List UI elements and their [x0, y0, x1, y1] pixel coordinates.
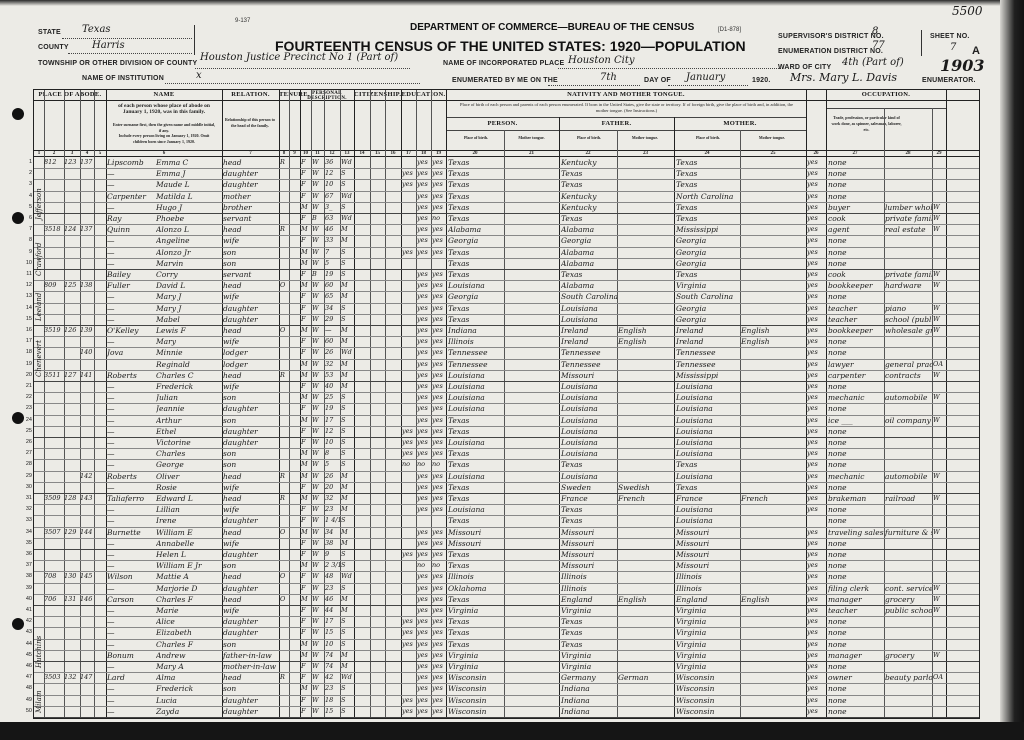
cell-given: Oliver [156, 471, 220, 482]
cell-birth: Oklahoma [448, 583, 504, 594]
cell-race: W [312, 381, 324, 392]
cell-age: 9 [325, 549, 340, 560]
cell-read: yes [417, 347, 431, 358]
cell-father-birth: Illinois [561, 571, 617, 582]
cell-father-birth: Louisiana [561, 381, 617, 392]
cell-father-birth: Kentucky [561, 157, 617, 168]
cell-sex: M [301, 224, 311, 235]
cell-given: Reginald [156, 359, 220, 370]
cell-age: — [325, 325, 340, 336]
cell-family: 147 [80, 672, 94, 683]
cell-relation: wife [223, 381, 278, 392]
street-name: Chenevert [35, 340, 43, 377]
stamp-number: 5500 [952, 4, 983, 18]
cell-birth: Texas [448, 594, 504, 605]
cell-birth: Texas [448, 616, 504, 627]
cell-father-birth: Kentucky [561, 202, 617, 213]
cell-race: W [312, 459, 324, 470]
cell-relation: son [223, 247, 278, 258]
cell-mother-birth: Louisiana [676, 403, 740, 414]
cell-mother-birth: France [676, 493, 740, 504]
cell-read: yes [417, 179, 431, 190]
cell-father-tongue: German [618, 672, 674, 683]
cell-school: yes [402, 627, 416, 638]
person-birth-head: Place of birth. [448, 135, 504, 141]
corner-number: 1903 [940, 56, 985, 75]
cell-read: yes [417, 616, 431, 627]
cell-surname: — [107, 415, 155, 426]
column-number: 27 [826, 151, 884, 156]
cell-relation: head [223, 471, 278, 482]
ward-label: WARD OF CITY [778, 64, 831, 71]
cell-race: W [312, 616, 324, 627]
cell-relation: mother [223, 191, 278, 202]
cell-relation: wife [223, 336, 278, 347]
cell-write: yes [432, 482, 446, 493]
cell-given: Rosie [156, 482, 220, 493]
cell-marital: M [341, 291, 354, 302]
cell-mother-birth: Texas [676, 202, 740, 213]
cell-given: Charles F [156, 639, 220, 650]
cell-trade: owner [828, 672, 884, 683]
cell-surname: Bonum [107, 650, 155, 661]
cell-given: Emma C [156, 157, 220, 168]
cell-read: yes [417, 661, 431, 672]
cell-given: Julian [156, 392, 220, 403]
line-number: 7 [22, 226, 32, 232]
cell-write: yes [432, 157, 446, 168]
line-number: 30 [22, 484, 32, 490]
cell-birth: Texas [448, 560, 504, 571]
cell-read: yes [417, 493, 431, 504]
cell-house: 809 [44, 280, 64, 291]
cell-relation: son [223, 415, 278, 426]
nativity-description: Place of birth of each person and parent… [454, 102, 799, 114]
street-name: Milam [35, 691, 43, 713]
cell-mother-birth: Georgia [676, 314, 740, 325]
cell-given: William E [156, 527, 220, 538]
cell-birth: Texas [448, 168, 504, 179]
cell-sex: F [301, 403, 311, 414]
cell-sex: M [301, 202, 311, 213]
cell-marital: S [341, 403, 354, 414]
cell-english: yes [807, 448, 826, 459]
cell-mother-birth: Virginia [676, 627, 740, 638]
cell-employer: W [933, 527, 946, 538]
cell-sex: M [301, 370, 311, 381]
cell-english: yes [807, 538, 826, 549]
sheet-label: SHEET No. [930, 33, 970, 40]
cell-trade: manager [828, 650, 884, 661]
institution-value: x [196, 70, 202, 81]
cell-surname: — [107, 235, 155, 246]
cell-race: W [312, 415, 324, 426]
column-number: 28 [884, 151, 932, 156]
line-number: 49 [22, 697, 32, 703]
column-number: 6 [106, 151, 222, 156]
cell-birth: Texas [448, 515, 504, 526]
line-number: 33 [22, 517, 32, 523]
cell-owned: O [280, 527, 289, 538]
street-name: Leeland [35, 293, 43, 321]
cell-father-birth: Texas [561, 515, 617, 526]
cell-race: W [312, 515, 324, 526]
cell-trade: none [828, 381, 884, 392]
cell-age: 23 [325, 583, 340, 594]
cell-birth: Texas [448, 213, 504, 224]
cell-house: 3518 [44, 224, 64, 235]
cell-birth: Texas [448, 549, 504, 560]
cell-relation: servant [223, 213, 278, 224]
cell-birth: Missouri [448, 538, 504, 549]
cell-trade: none [828, 683, 884, 694]
cell-trade: none [828, 247, 884, 258]
cell-read: yes [417, 605, 431, 616]
cell-relation: head [223, 280, 278, 291]
cell-english: yes [807, 426, 826, 437]
cell-write: yes [432, 661, 446, 672]
cell-trade: traveling salesman [828, 527, 884, 538]
cell-trade: none [828, 571, 884, 582]
cell-father-birth: Texas [561, 627, 617, 638]
cell-sex: F [301, 437, 311, 448]
cell-birth: Georgia [448, 291, 504, 302]
cell-mother-birth: Texas [676, 157, 740, 168]
cell-sex: F [301, 269, 311, 280]
cell-mother-birth: Texas [676, 168, 740, 179]
column-number: 25 [740, 151, 806, 156]
cell-industry: school (public) [885, 314, 932, 325]
line-number: 2 [22, 170, 32, 176]
cell-race: W [312, 504, 324, 515]
group-father: FATHER. [559, 120, 674, 127]
census-title: FOURTEENTH CENSUS OF THE UNITED STATES: … [275, 38, 746, 54]
cell-house: 3511 [44, 370, 64, 381]
month-line [668, 85, 748, 86]
cell-marital: S [341, 627, 354, 638]
cell-marital: S [341, 437, 354, 448]
cell-owned: R [280, 224, 289, 235]
cell-relation: son [223, 448, 278, 459]
cell-trade: none [828, 437, 884, 448]
cell-birth: Louisiana [448, 381, 504, 392]
cell-english: yes [807, 370, 826, 381]
cell-english: yes [807, 415, 826, 426]
cell-given: Marvin [156, 258, 220, 269]
cell-employer: OA [933, 359, 946, 370]
cell-father-birth: Indiana [561, 683, 617, 694]
cell-race: W [312, 224, 324, 235]
cell-relation: son [223, 258, 278, 269]
cell-english: yes [807, 381, 826, 392]
cell-age: 48 [325, 571, 340, 582]
cell-marital: M [341, 359, 354, 370]
cell-mother-birth: Wisconsin [676, 672, 740, 683]
cell-age: 46 [325, 224, 340, 235]
cell-write: yes [432, 672, 446, 683]
cell-sex: F [301, 179, 311, 190]
cell-relation: son [223, 560, 278, 571]
cell-write: yes [432, 695, 446, 706]
cell-write: yes [432, 392, 446, 403]
cell-given: Victorine [156, 437, 220, 448]
cell-surname: Roberts [107, 370, 155, 381]
cell-sex: F [301, 504, 311, 515]
cell-mother-birth: Missouri [676, 549, 740, 560]
line-number: 19 [22, 361, 32, 367]
cell-relation: head [223, 527, 278, 538]
state-line [62, 38, 192, 39]
cell-employer: W [933, 493, 946, 504]
cell-relation: wife [223, 235, 278, 246]
cell-mother-birth: Virginia [676, 280, 740, 291]
cell-marital: S [341, 202, 354, 213]
cell-race: W [312, 448, 324, 459]
cell-race: W [312, 583, 324, 594]
cell-father-birth: Alabama [561, 258, 617, 269]
cell-mother-birth: Georgia [676, 258, 740, 269]
column-number: 20 [446, 151, 504, 156]
column-number: 26 [806, 151, 826, 156]
line-number: 28 [22, 461, 32, 467]
cell-house: 3509 [44, 493, 64, 504]
cell-family: 141 [80, 370, 94, 381]
cell-mother-birth: Louisiana [676, 426, 740, 437]
cell-english: yes [807, 459, 826, 470]
cell-employer: W [933, 370, 946, 381]
cell-mother-birth: Georgia [676, 235, 740, 246]
cell-trade: none [828, 157, 884, 168]
group-education: EDUCATION. [401, 91, 446, 98]
group-occupation: OCCUPATION. [826, 91, 946, 98]
cell-write: yes [432, 683, 446, 694]
line-number: 48 [22, 685, 32, 691]
cell-race: W [312, 157, 324, 168]
cell-sex: M [301, 594, 311, 605]
cell-father-birth: England [561, 594, 617, 605]
cell-mother-tongue: English [741, 336, 805, 347]
cell-sex: F [301, 347, 311, 358]
cell-marital: S [341, 168, 354, 179]
cell-read: yes [417, 695, 431, 706]
cell-given: Annabelle [156, 538, 220, 549]
cell-english: yes [807, 403, 826, 414]
cell-write: yes [432, 403, 446, 414]
cell-given: Frederick [156, 381, 220, 392]
cell-write: yes [432, 538, 446, 549]
cell-english: yes [807, 258, 826, 269]
cell-owned: R [280, 672, 289, 683]
cell-read: yes [417, 549, 431, 560]
cell-given: Mattie A [156, 571, 220, 582]
line-number: 20 [22, 372, 32, 378]
cell-race: W [312, 336, 324, 347]
cell-write: yes [432, 706, 446, 717]
cell-age: 25 [325, 392, 340, 403]
cell-write: yes [432, 493, 446, 504]
cell-trade: none [828, 403, 884, 414]
cell-industry: hardware [885, 280, 932, 291]
cell-father-tongue: French [618, 493, 674, 504]
cell-house: 812 [44, 157, 64, 168]
cell-race: W [312, 370, 324, 381]
cell-relation: daughter [223, 549, 278, 560]
cell-relation: brother [223, 202, 278, 213]
bracket [920, 30, 922, 56]
cell-birth: Louisiana [448, 280, 504, 291]
cell-sex: F [301, 672, 311, 683]
cell-surname: — [107, 560, 155, 571]
form-number: 9-137 [235, 18, 250, 24]
cell-surname: — [107, 381, 155, 392]
cell-given: Charles C [156, 370, 220, 381]
cell-read: yes [417, 672, 431, 683]
cell-sex: F [301, 303, 311, 314]
cell-trade: none [828, 258, 884, 269]
cell-age: 74 [325, 661, 340, 672]
cell-birth: Indiana [448, 325, 504, 336]
cell-marital: Wd [341, 191, 354, 202]
cell-father-birth: Louisiana [561, 415, 617, 426]
cell-relation: wife [223, 605, 278, 616]
cell-race: W [312, 650, 324, 661]
column-number: 13 [340, 151, 354, 156]
enumerated-month: January [686, 72, 725, 83]
cell-given: Phoebe [156, 213, 220, 224]
cell-mother-birth: Texas [676, 269, 740, 280]
cell-trade: none [828, 706, 884, 717]
cell-relation: son [223, 683, 278, 694]
cell-mother-birth: Virginia [676, 661, 740, 672]
cell-birth: Texas [448, 269, 504, 280]
cell-race: W [312, 179, 324, 190]
cell-owned: O [280, 571, 289, 582]
cell-english: yes [807, 549, 826, 560]
cell-dwelling: 129 [64, 527, 80, 538]
cell-marital: S [341, 706, 354, 717]
cell-read: yes [417, 213, 431, 224]
cell-birth: Illinois [448, 336, 504, 347]
column-number: 29 [932, 151, 946, 156]
cell-mother-birth: Texas [676, 459, 740, 470]
cell-write: no [432, 459, 446, 470]
cell-school: yes [402, 706, 416, 717]
cell-sex: F [301, 616, 311, 627]
cell-relation: head [223, 571, 278, 582]
enumerated-label: ENUMERATED BY ME ON THE [452, 77, 558, 84]
cell-industry: automobile [885, 392, 932, 403]
cell-read: yes [417, 202, 431, 213]
cell-dwelling: 132 [64, 672, 80, 683]
cell-birth: Louisiana [448, 504, 504, 515]
cell-write: yes [432, 370, 446, 381]
cell-employer: W [933, 415, 946, 426]
cell-sex: M [301, 527, 311, 538]
scan-bottom-edge [0, 722, 1024, 740]
cell-industry: private family [885, 269, 932, 280]
cell-sex: F [301, 627, 311, 638]
cell-sex: F [301, 426, 311, 437]
cell-relation: daughter [223, 627, 278, 638]
cell-sex: F [301, 538, 311, 549]
cell-mother-birth: Texas [676, 213, 740, 224]
cell-father-birth: Texas [561, 168, 617, 179]
cell-race: W [312, 191, 324, 202]
state-label: STATE [38, 29, 61, 36]
cell-english: yes [807, 179, 826, 190]
cell-given: Hugo J [156, 202, 220, 213]
county-line [68, 53, 192, 54]
cell-mother-birth: Louisiana [676, 471, 740, 482]
cell-age: 26 [325, 347, 340, 358]
cell-marital: M [341, 325, 354, 336]
cell-birth: Georgia [448, 235, 504, 246]
trade-head: Trade, profession, or particular kind of… [829, 115, 904, 133]
line-number: 50 [22, 708, 32, 714]
cell-relation: wife [223, 538, 278, 549]
cell-marital: M [341, 650, 354, 661]
cell-owned: O [280, 280, 289, 291]
cell-father-birth: Louisiana [561, 448, 617, 459]
cell-employer: W [933, 213, 946, 224]
cell-birth: Texas [448, 639, 504, 650]
cell-write: yes [432, 191, 446, 202]
column-number: 11 [311, 151, 324, 156]
cell-father-birth: South Carolina [561, 291, 617, 302]
cell-marital: S [341, 583, 354, 594]
cell-mother-birth: Wisconsin [676, 683, 740, 694]
line-number: 3 [22, 181, 32, 187]
cell-given: Charles [156, 448, 220, 459]
cell-marital: S [341, 314, 354, 325]
cell-english: yes [807, 683, 826, 694]
cell-surname: Bailey [107, 269, 155, 280]
cell-sex: M [301, 650, 311, 661]
cell-employer: W [933, 471, 946, 482]
cell-sex: F [301, 605, 311, 616]
cell-trade: none [828, 448, 884, 459]
cell-father-birth: Louisiana [561, 303, 617, 314]
cell-marital: S [341, 616, 354, 627]
cell-english: yes [807, 650, 826, 661]
cell-age: 17 [325, 616, 340, 627]
bracket [193, 25, 195, 55]
cell-relation: mother-in-law [223, 661, 278, 672]
cell-family: 145 [80, 571, 94, 582]
cell-industry: railroad [885, 493, 932, 504]
cell-english: yes [807, 594, 826, 605]
cell-english: yes [807, 325, 826, 336]
cell-trade: none [828, 179, 884, 190]
cell-write: yes [432, 314, 446, 325]
cell-given: Alonzo L [156, 224, 220, 235]
cell-surname: — [107, 549, 155, 560]
cell-trade: teacher [828, 605, 884, 616]
cell-trade: none [828, 191, 884, 202]
cell-father-birth: Virginia [561, 605, 617, 616]
cell-relation: daughter [223, 179, 278, 190]
state-value: Texas [82, 24, 111, 35]
cell-mother-birth: Louisiana [676, 437, 740, 448]
street-name: Jefferson [35, 188, 43, 220]
column-number: 7 [222, 151, 279, 156]
cell-surname: Lard [107, 672, 155, 683]
cell-sex: F [301, 213, 311, 224]
column-number: 15 [370, 151, 385, 156]
cell-mother-birth: Illinois [676, 571, 740, 582]
cell-birth: Texas [448, 459, 504, 470]
person-tongue-head: Mother tongue. [504, 135, 559, 141]
